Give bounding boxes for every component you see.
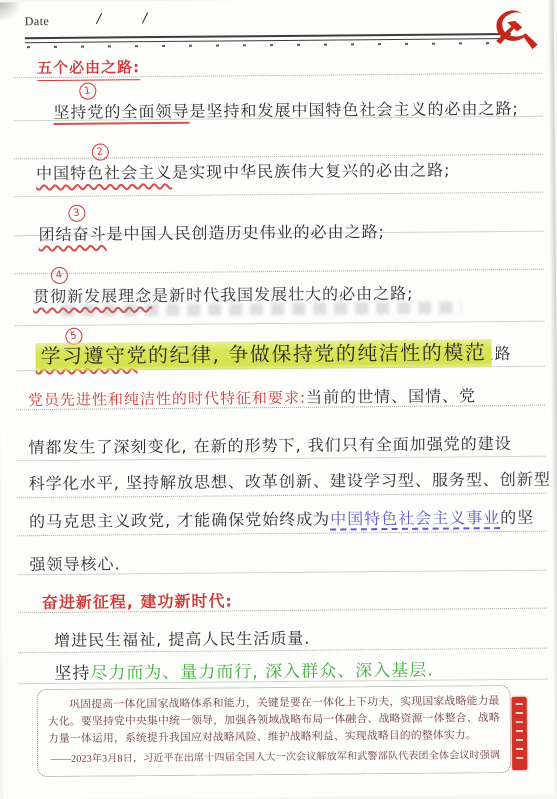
header-tick-marks [27, 42, 507, 48]
note-rest: 是实现中华民族伟大复兴的必由之路; [172, 160, 451, 181]
scan-edge-shadow [548, 0, 557, 795]
note-lead-underlined: 坚持党的全面领导 [53, 102, 189, 125]
note-line-path-3: 3 团结奋斗是中国人民创造历史伟业的必由之路; [38, 217, 557, 245]
red-seal-stamp [512, 697, 528, 770]
note-line-minsheng: 增进民生福祉, 提高人民生活质量. [54, 626, 310, 651]
rule-line [15, 321, 544, 327]
highlight-marker-text: 学习遵守党的纪律, 争做保持党的纯洁性的模范 [36, 339, 492, 371]
note-black-lead: 坚持 [54, 664, 90, 684]
paragraph-line-1: 党员先进性和纯洁性的时代特征和要求:当前的世情、国情、党 [28, 383, 476, 410]
note-lead-underlined: 团结奋斗 [38, 224, 106, 244]
date-label: Date [25, 14, 50, 29]
note-line-path-2: 2 中国特色社会主义是实现中华民族伟大复兴的必由之路; [36, 156, 557, 184]
date-slash: / [143, 11, 148, 26]
paragraph-line-3: 科学化水平, 坚持解放思想、改革创新、建设学习型、服务型、创新型 [29, 467, 551, 495]
paragraph-red-lead: 党员先进性和纯洁性的时代特征和要求: [28, 389, 306, 409]
paragraph-line-4: 的马克思主义政党, 才能确保党始终成为中国特色社会主义事业的坚 [29, 505, 534, 532]
note-rest: 是坚持和发展中国特色社会主义的必由之路; [189, 99, 519, 121]
hammer-and-sickle-icon: ☭ [482, 0, 551, 67]
circled-number-badge: 2 [91, 142, 110, 161]
section-heading-new-journey: 奋进新征程, 建功新时代: [42, 588, 233, 613]
scan-corner-smudge [0, 2, 23, 22]
note-lead-underlined: 贯彻新发展理念 [33, 286, 152, 306]
quote-attribution: ——2023年3月8日，习近平在出席十四届全国人大一次会议解放军和武警部队代表团… [48, 746, 500, 765]
paragraph-text: 的马克思主义政党, 才能确保党始终成为 [29, 510, 330, 532]
circled-number-badge: 4 [50, 266, 69, 285]
circled-number-badge: 1 [78, 81, 97, 100]
ink-bleedthrough-smudge [61, 301, 461, 316]
date-slash: / [97, 12, 102, 27]
note-line-path-1: 1 坚持党的全面领导是坚持和发展中国特色社会主义的必由之路; [53, 95, 557, 123]
note-green-phrase: 尽力而为、量力而行, 深入群众、深入基层. [90, 661, 433, 684]
rule-line [14, 192, 543, 198]
notebook-page: Date / / ☭ 五个必由之路: 1 坚持党的全面领导是坚持和发展中国特色社… [0, 0, 557, 797]
note-lead-underlined: 中国特色社会主义 [36, 163, 172, 183]
quote-body-text: 巩固提高一体化国家战略体系和能力，关键是要在一体化上下功夫，实现国家战略能力最大… [48, 693, 500, 748]
blue-underlined-phrase: 中国特色社会主义事业 [330, 508, 500, 528]
highlighted-note-line: 学习遵守党的纪律, 争做保持党的纯洁性的模范 [35, 336, 491, 369]
paragraph-text: 当前的世情、国情、党 [306, 386, 476, 406]
circled-number-badge: 3 [67, 204, 86, 223]
section-heading-five-paths: 五个必由之路: [37, 56, 140, 81]
paragraph-text: 的坚 [500, 508, 534, 527]
rule-line [15, 269, 544, 275]
note-rest: 是中国人民创造历史伟业的必由之路; [106, 222, 385, 243]
printed-quote-box: 巩固提高一体化国家战略体系和能力，关键是要在一体化上下功夫，实现国家战略能力最大… [37, 685, 512, 777]
paragraph-line-5: 强领导核心. [29, 551, 120, 575]
seal-character-marks [516, 703, 524, 764]
paragraph-line-2: 情都发生了深刻变化, 在新的形势下, 我们只有全面加强党的建设 [28, 431, 512, 458]
note-line-jianchi: 坚持尽力而为、量力而行, 深入群众、深入基层. [54, 656, 433, 684]
